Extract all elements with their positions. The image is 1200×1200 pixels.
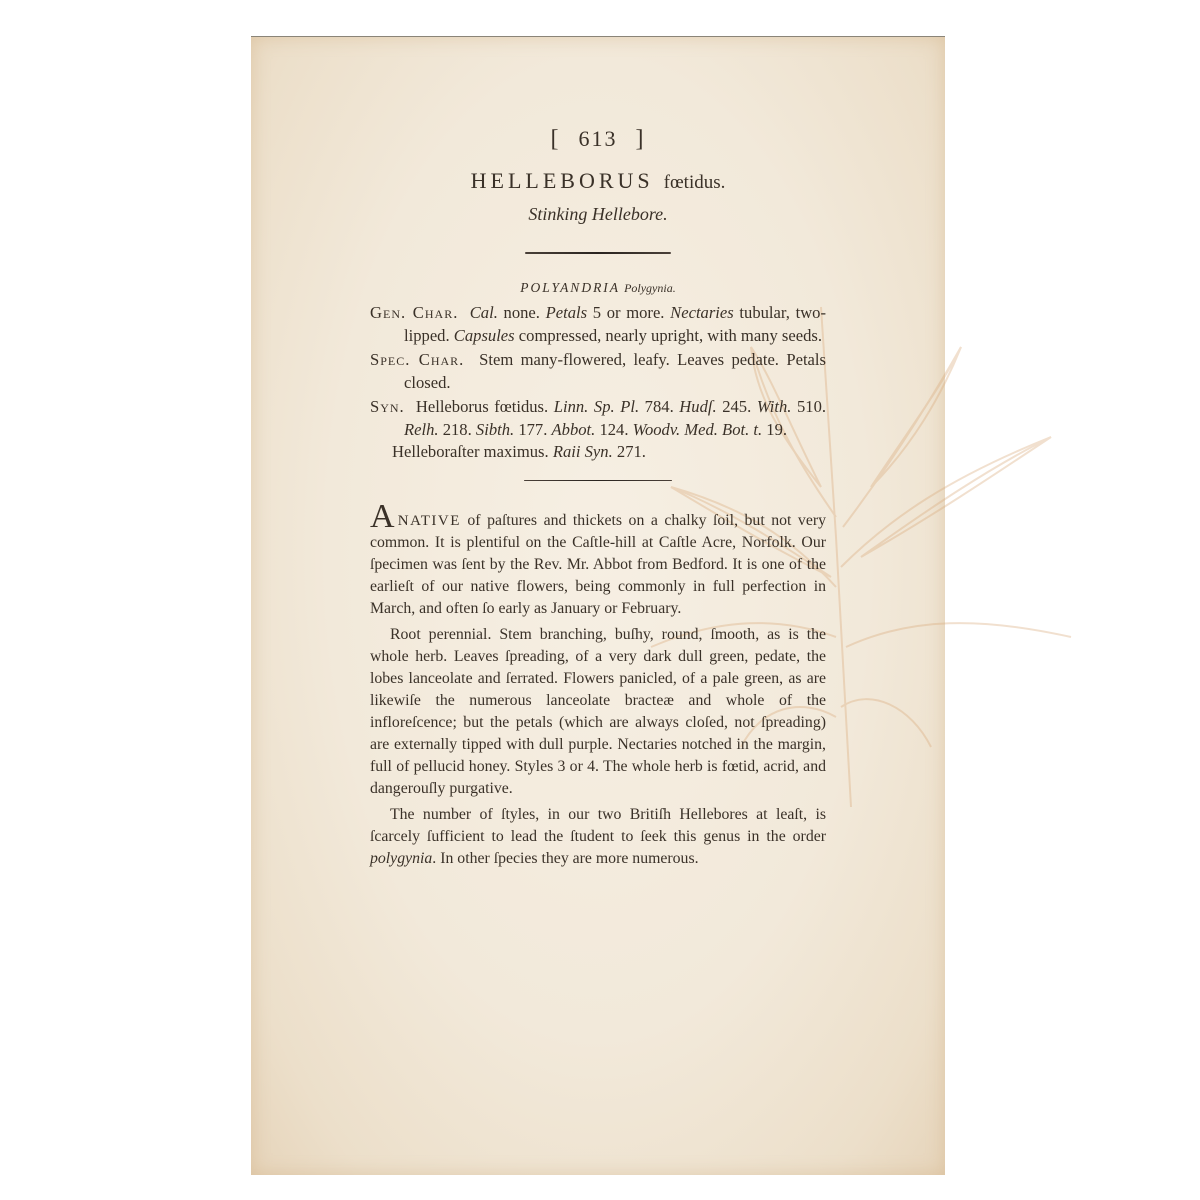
class-name: POLYANDRIA	[520, 280, 620, 295]
bracket-open: [	[551, 126, 561, 153]
bracket-close: ]	[636, 126, 646, 153]
spec-char-label: Spec. Char.	[370, 350, 464, 369]
order-name: Polygynia.	[624, 281, 676, 295]
spec-char-text: Stem many-flowered, leafy. Leaves pedate…	[404, 350, 826, 392]
lead-caps: NATIVE	[398, 513, 461, 529]
synonym-secondary: Helleboraſter maximus. Raii Syn. 271.	[370, 441, 826, 464]
species-name: fœtidus.	[664, 172, 726, 193]
genus-name: HELLEBORUS	[471, 168, 654, 193]
generic-character: Gen. Char. Cal. none. Petals 5 or more. …	[370, 302, 826, 347]
page-content: [613] HELLEBORUSfœtidus. Stinking Helleb…	[370, 126, 826, 870]
syn-label: Syn.	[370, 397, 405, 416]
drop-cap: A	[370, 498, 395, 535]
synonyms: Syn. Helleborus fœtidus. Linn. Sp. Pl. 7…	[370, 396, 826, 441]
page-number-value: 613	[579, 126, 618, 151]
divider-rule	[525, 252, 671, 254]
specific-character: Spec. Char. Stem many-flowered, leafy. L…	[370, 349, 826, 394]
page-number: [613]	[370, 126, 826, 160]
linnaean-classification: POLYANDRIAPolygynia.	[370, 280, 826, 300]
habitat-paragraph: A NATIVE of paſtures and thickets on a c…	[370, 507, 826, 620]
description-paragraph: Root perennial. Stem branching, buſhy, r…	[370, 624, 826, 800]
note-paragraph: The number of ſtyles, in our two Britiſh…	[370, 804, 826, 870]
divider-rule	[524, 480, 672, 482]
gen-char-label: Gen. Char.	[370, 303, 458, 322]
species-title: HELLEBORUSfœtidus.	[370, 168, 826, 198]
common-name: Stinking Hellebore.	[370, 204, 826, 234]
